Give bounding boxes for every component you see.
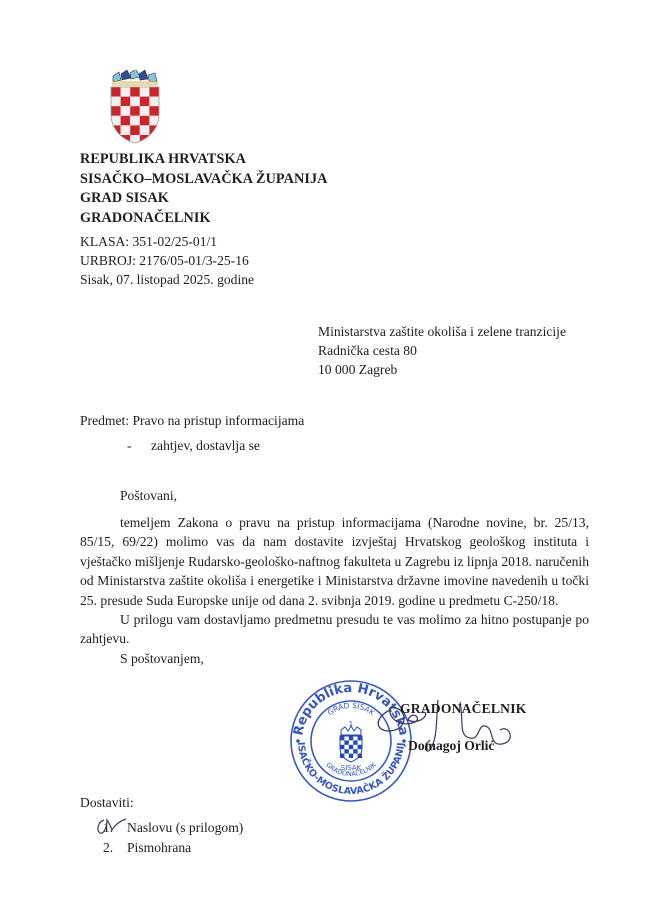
distribution-label: Dostaviti: [80, 795, 134, 811]
subject-subtext: zahtjev, dostavlja se [151, 438, 260, 453]
klasa-number: KLASA: 351-02/25-01/1 [80, 232, 254, 251]
subject-line: Predmet: Pravo na pristup informacijama [80, 413, 304, 429]
distribution-item-text: Naslovu (s prilogom) [127, 820, 243, 835]
header-line-city: GRAD SISAK [80, 189, 327, 209]
place-and-date: Sisak, 07. listopad 2025. godine [80, 270, 254, 289]
header-line-office: GRADONAČELNIK [80, 209, 327, 229]
handwritten-checkmark-icon [95, 816, 129, 836]
greeting: Poštovani, [120, 488, 177, 504]
reference-block: KLASA: 351-02/25-01/1 URBROJ: 2176/05-01… [80, 232, 254, 289]
header-line-republic: REPUBLIKA HRVATSKA [80, 150, 327, 170]
recipient-street: Radnička cesta 80 [318, 341, 566, 360]
distribution-item: 2.Pismohrana [103, 838, 243, 858]
recipient-address: Ministarstva zaštite okoliša i zelene tr… [318, 322, 566, 379]
signatory-name: Domagoj Orlić [408, 738, 494, 754]
subject-dash: - [127, 438, 151, 454]
closing-salutation: S poštovanjem, [120, 651, 204, 667]
distribution-item-text: Pismohrana [127, 840, 191, 855]
distribution-item-number: 2. [103, 838, 127, 858]
letter-body: temeljem Zakona o pravu na pristup infor… [80, 513, 589, 649]
recipient-city: 10 000 Zagreb [318, 360, 566, 379]
signatory-title: GRADONAČELNIK [400, 701, 526, 717]
croatian-coat-of-arms-icon [107, 70, 163, 144]
svg-text:SISAK: SISAK [341, 764, 362, 772]
body-paragraph-request: temeljem Zakona o pravu na pristup infor… [80, 513, 589, 610]
header-line-county: SISAČKO–MOSLAVAČKA ŽUPANIJA [80, 170, 327, 190]
recipient-name: Ministarstva zaštite okoliša i zelene tr… [318, 322, 566, 341]
urbroj-number: URBROJ: 2176/05-01/3-25-16 [80, 251, 254, 270]
subject-subline: -zahtjev, dostavlja se [127, 438, 260, 454]
issuer-header: REPUBLIKA HRVATSKA SISAČKO–MOSLAVAČKA ŽU… [80, 150, 327, 228]
body-paragraph-attachment: U prilogu vam dostavljamo predmetnu pres… [80, 610, 589, 649]
